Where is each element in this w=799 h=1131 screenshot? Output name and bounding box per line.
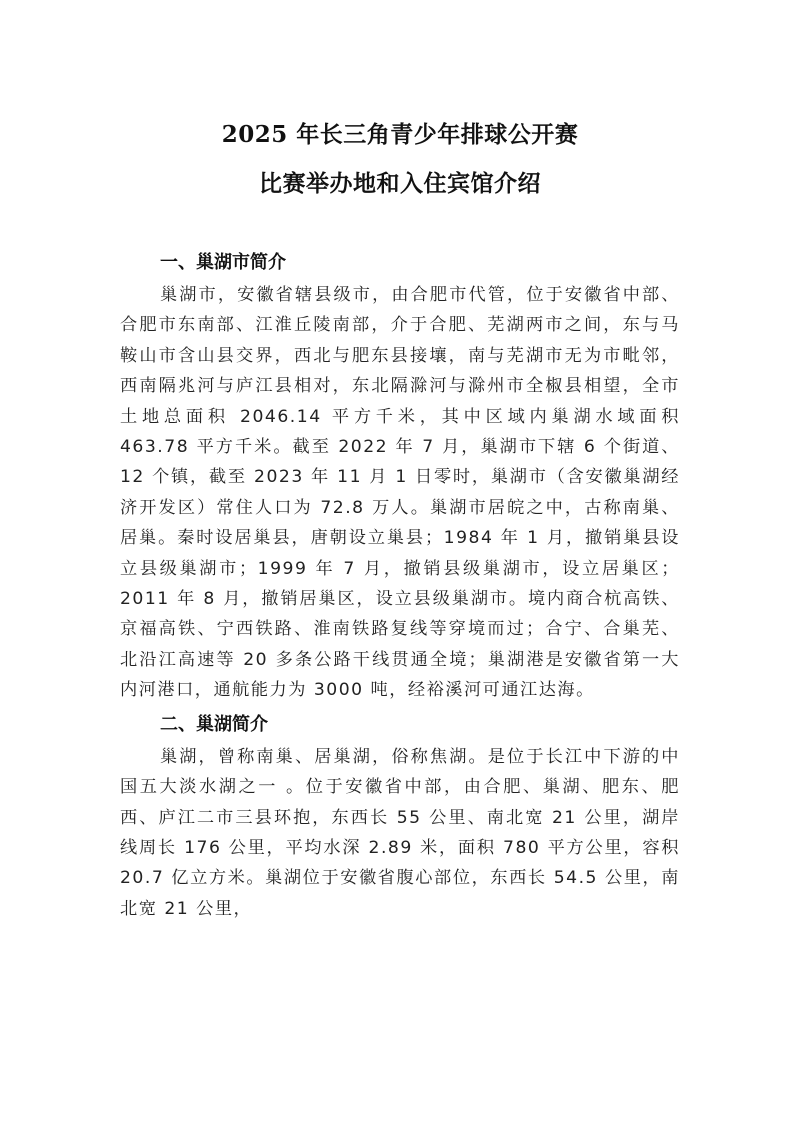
document-title-line-1: 2025 年长三角青少年排球公开赛 <box>120 110 680 159</box>
section-chaohu-lake: 二、巢湖简介 巢湖，曾称南巢、居巢湖，俗称焦湖。是位于长江中下游的中国五大淡水湖… <box>120 710 680 924</box>
document-title-line-2: 比赛举办地和入住宾馆介绍 <box>120 159 680 208</box>
section-heading: 一、巢湖市简介 <box>120 248 680 278</box>
title-spacer <box>120 208 680 248</box>
document-page: 2025 年长三角青少年排球公开赛 比赛举办地和入住宾馆介绍 一、巢湖市简介 巢… <box>120 110 680 928</box>
section-heading: 二、巢湖简介 <box>120 710 680 740</box>
section-chaohu-city: 一、巢湖市简介 巢湖市，安徽省辖县级市，由合肥市代管，位于安徽省中部、合肥市东南… <box>120 248 680 706</box>
section-paragraph: 巢湖市，安徽省辖县级市，由合肥市代管，位于安徽省中部、合肥市东南部、江淮丘陵南部… <box>120 280 680 706</box>
section-paragraph: 巢湖，曾称南巢、居巢湖，俗称焦湖。是位于长江中下游的中国五大淡水湖之一 。位于安… <box>120 742 680 924</box>
